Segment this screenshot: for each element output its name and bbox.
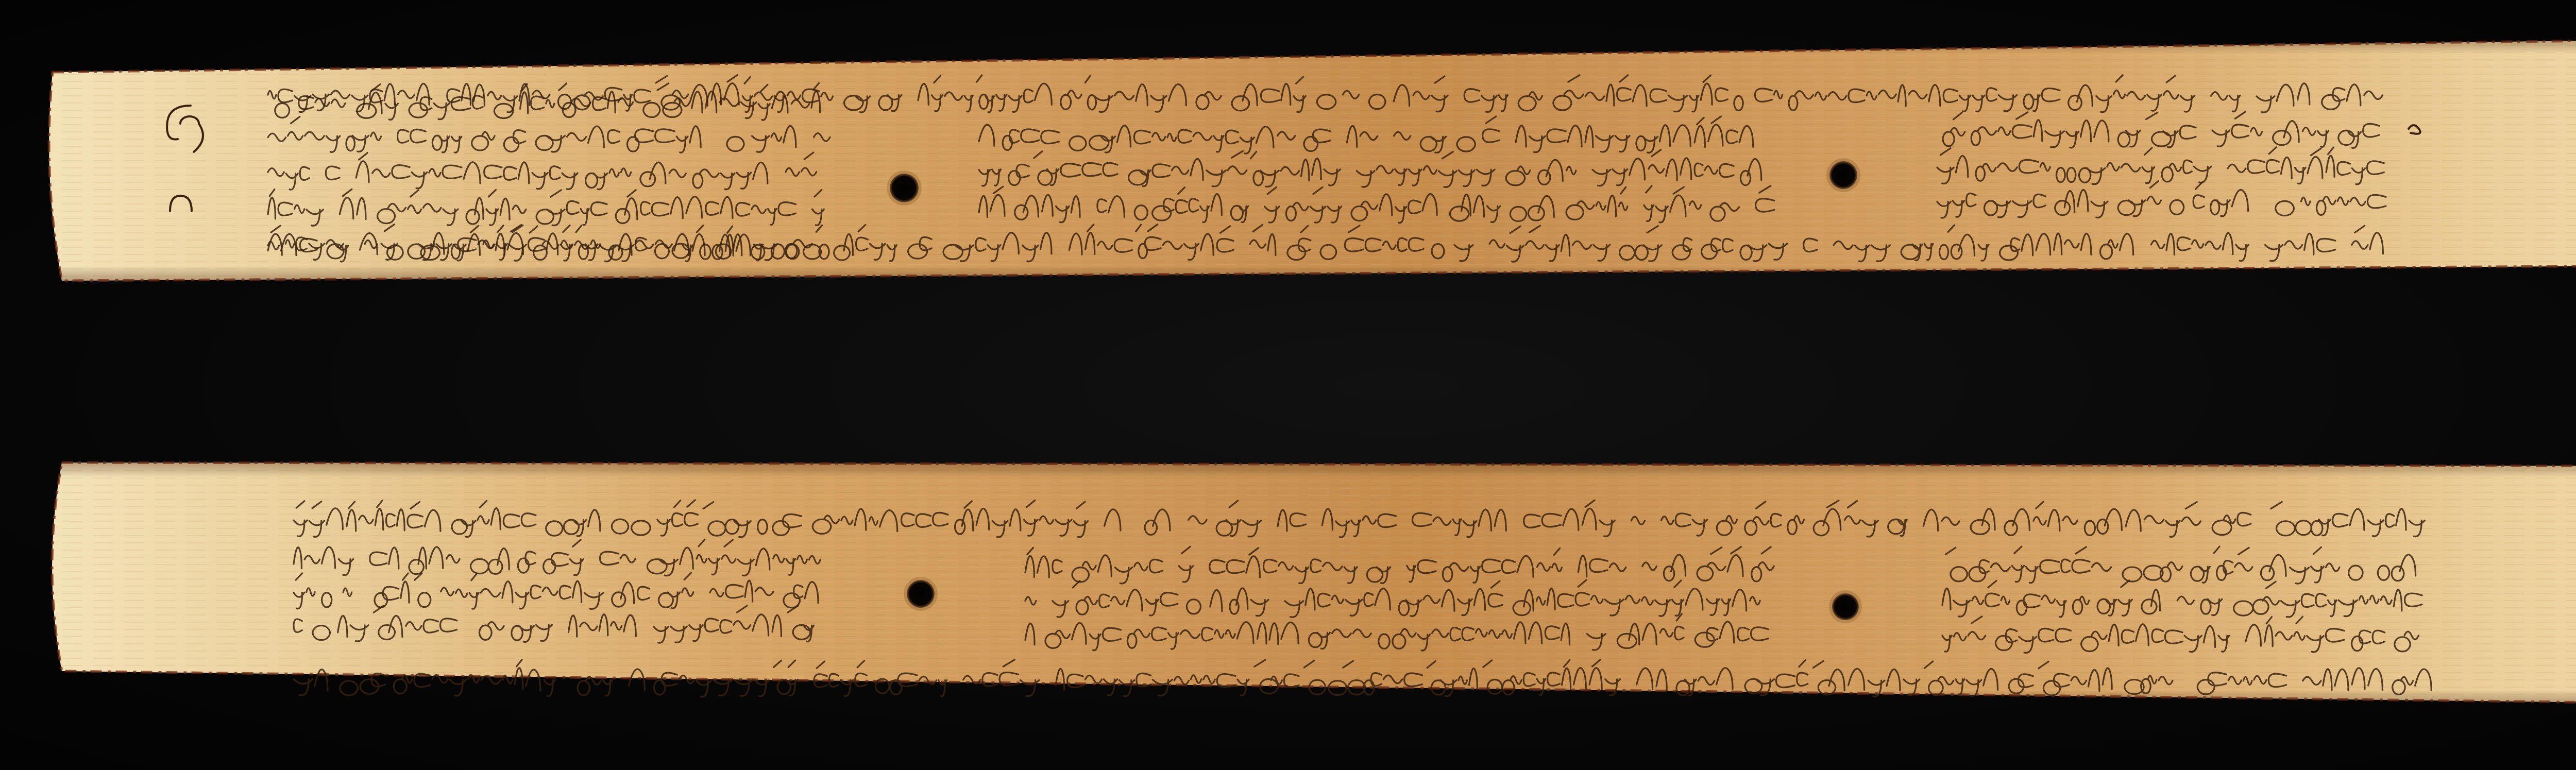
binding-hole-icon bbox=[890, 174, 919, 202]
leaves-group bbox=[49, 39, 2576, 705]
binding-hole-icon bbox=[1829, 161, 1857, 189]
leaf-bottom bbox=[52, 463, 2576, 705]
binding-hole-icon bbox=[1832, 593, 1859, 620]
leaf-edge-shading bbox=[52, 463, 2576, 705]
binding-hole-icon bbox=[907, 580, 935, 608]
leaf-top bbox=[49, 39, 2576, 281]
manuscript-photo bbox=[0, 0, 2576, 770]
